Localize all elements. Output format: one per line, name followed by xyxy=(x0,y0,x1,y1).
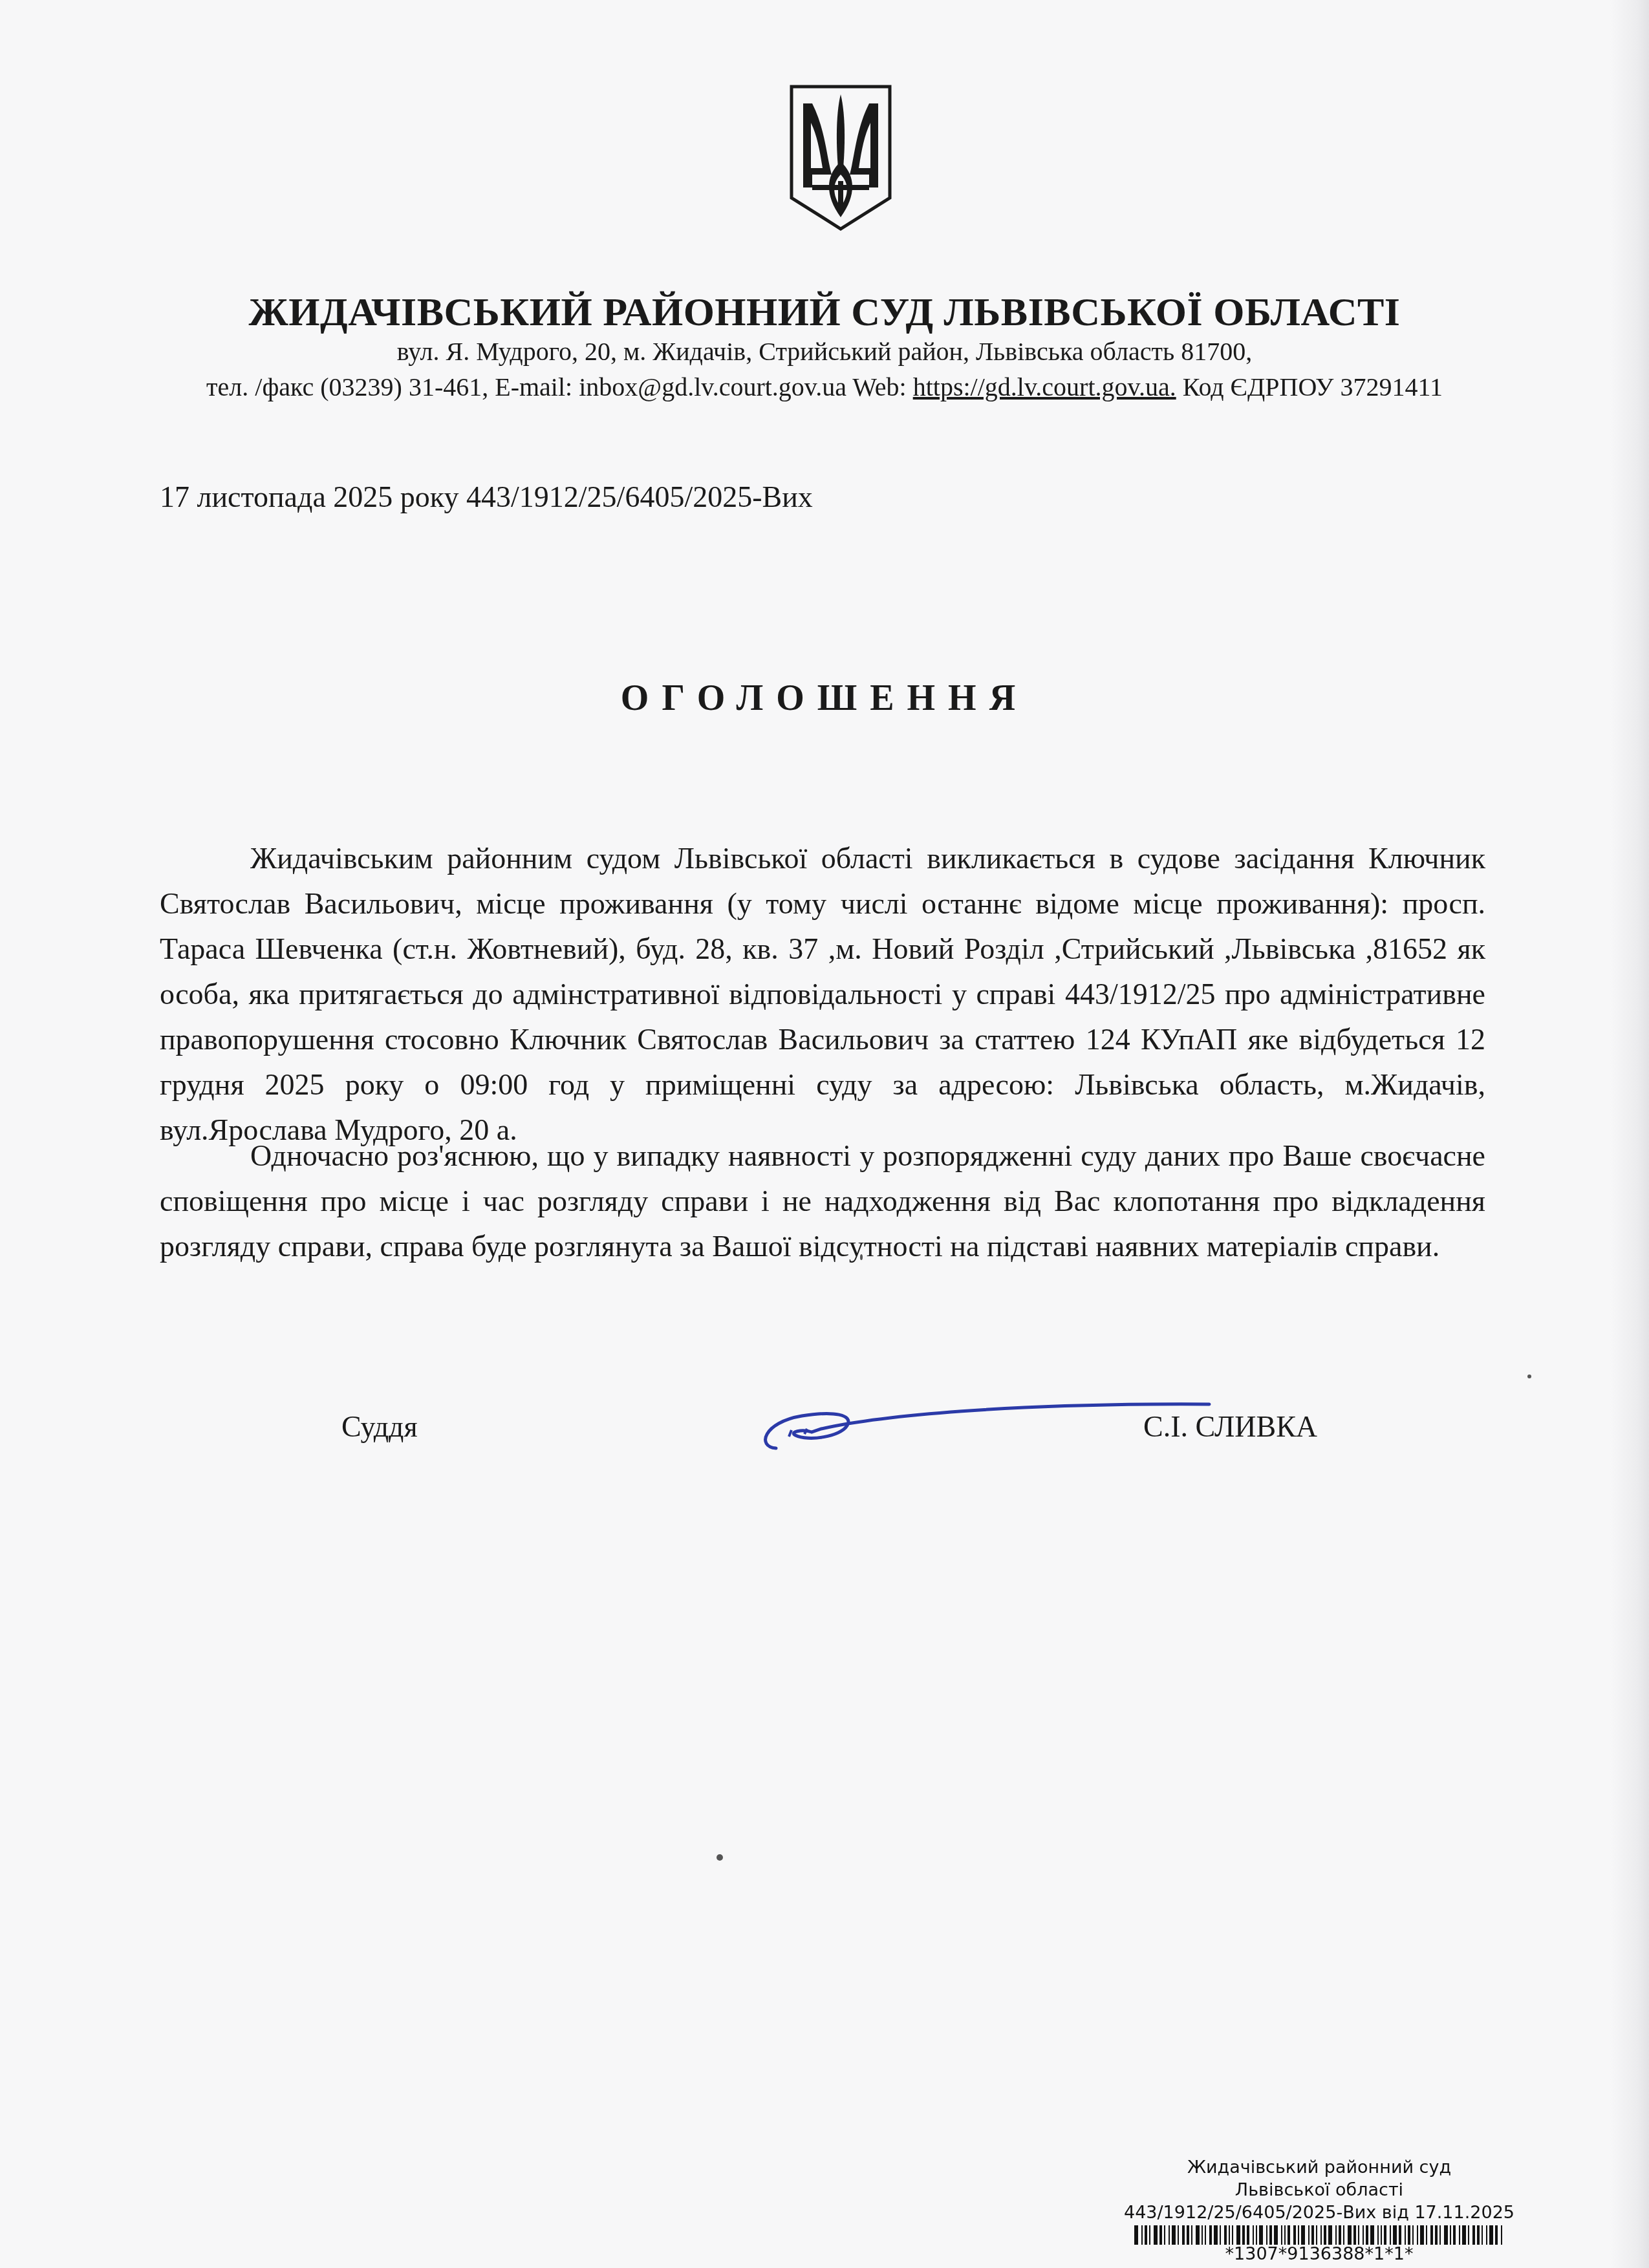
judge-name: С.І. СЛИВКА xyxy=(1143,1409,1317,1444)
document-date-and-reference: 17 листопада 2025 року 443/1912/25/6405/… xyxy=(160,480,813,514)
notice-title: ОГОЛОШЕННЯ xyxy=(0,678,1649,719)
edrpou-code: Код ЄДРПОУ 37291411 xyxy=(1176,372,1443,401)
barcode-icon xyxy=(1086,2225,1552,2245)
scan-speck xyxy=(1527,1375,1531,1378)
notice-paragraph-summons: Жидачівським районним судом Львівської о… xyxy=(160,836,1485,1153)
court-contacts: тел. /факс (03239) 31-461, E-mail: inbox… xyxy=(0,372,1649,402)
signature-role: Суддя xyxy=(341,1409,418,1444)
stamp-region-line: Львівської області xyxy=(1086,2179,1552,2201)
stamp-reference-line: 443/1912/25/6405/2025-Вих від 17.11.2025 xyxy=(1086,2201,1552,2224)
scan-speck xyxy=(717,1854,723,1861)
contacts-phone-email: тел. /факс (03239) 31-461, E-mail: inbox… xyxy=(206,372,913,401)
stamp-court-line: Жидачівський районний суд xyxy=(1086,2156,1552,2179)
registration-stamp: Жидачівський районний суд Львівської обл… xyxy=(1086,2156,1552,2264)
court-website-link[interactable]: https://gd.lv.court.gov.ua. xyxy=(913,372,1176,401)
notice-paragraph-explanation: Одночасно роз'яснюю, що у випадку наявно… xyxy=(160,1133,1485,1269)
court-name-heading: ЖИДАЧІВСЬКИЙ РАЙОННИЙ СУД ЛЬВІВСЬКОЇ ОБЛ… xyxy=(0,290,1649,336)
barcode-text: *1307*9136388*1*1* xyxy=(1086,2245,1552,2264)
ukraine-trident-coat-of-arms-icon xyxy=(786,84,895,231)
scan-speck xyxy=(860,1254,863,1260)
court-address: вул. Я. Мудрого, 20, м. Жидачів, Стрийсь… xyxy=(0,336,1649,367)
